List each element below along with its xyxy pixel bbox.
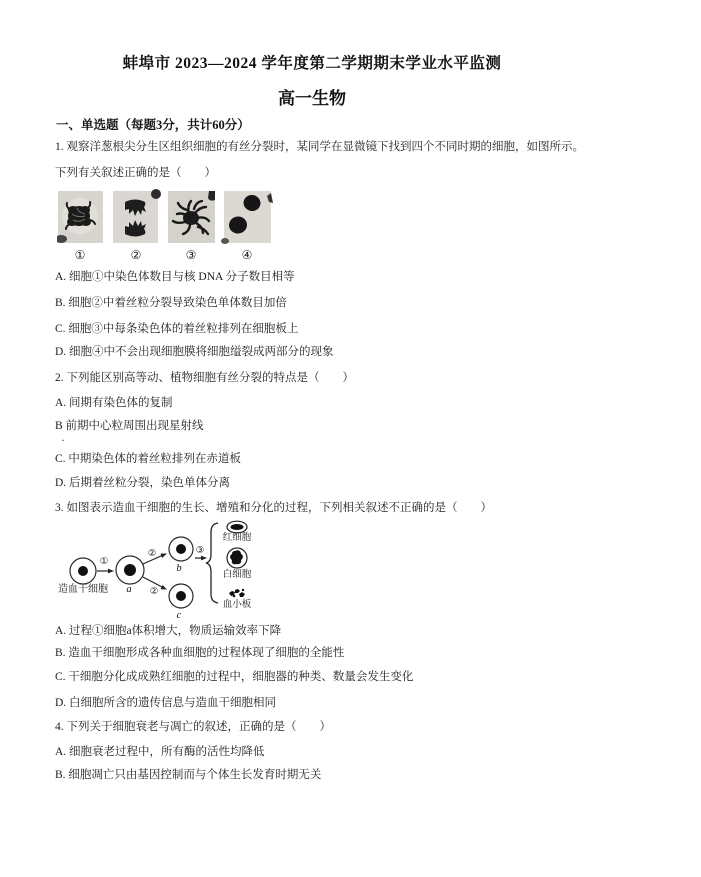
cell-a-label: a [126, 584, 131, 595]
question-3-option-d: D. 白细胞所含的遗传信息与造血干细胞相同 [55, 696, 276, 710]
process-2-lower-label: ② [150, 586, 159, 597]
question-2-option-a: A. 间期有染色体的复制 [55, 396, 173, 410]
question-3-option-b: B. 造血干细胞形成各种血细胞的过程体现了细胞的全能性 [55, 646, 344, 660]
red-blood-cell-label: 红细胞 [223, 531, 252, 543]
process-3-label: ③ [196, 545, 205, 556]
question-4-stem: 4. 下列关于细胞衰老与凋亡的叙述，正确的是（ ） [55, 720, 331, 734]
figure-label-2: ② [131, 248, 142, 262]
question-1-stem-line2: 下列有关叙述正确的是（ ） [55, 166, 216, 180]
question-2-option-d: D. 后期着丝粒分裂，染色单体分离 [55, 476, 230, 490]
question-4-option-a: A. 细胞衰老过程中，所有酶的活性均降低 [55, 745, 265, 759]
exam-subject-title: 高一生物 [0, 84, 624, 109]
question-1-option-d: D. 细胞④中不会出现细胞膜将细胞缢裂成两部分的现象 [55, 345, 334, 359]
question-3-option-a: A. 过程①细胞a体积增大，物质运输效率下降 [55, 624, 281, 638]
section-heading: 一、单选题（每题3分，共计60分） [56, 115, 250, 133]
figure-label-3: ③ [186, 248, 197, 262]
question-1-stem: 1. 观察洋葱根尖分生区组织细胞的有丝分裂时，某同学在显微镜下找到四个不同时期的… [55, 140, 584, 154]
figure-label-4: ④ [242, 248, 253, 262]
brace [206, 523, 218, 603]
mitosis-photo-2 [113, 189, 161, 243]
question-4-option-b: B. 细胞凋亡只由基因控制而与个体生长发育时期无关 [55, 768, 321, 782]
cell-b-label: b [176, 563, 181, 574]
exam-paper-page: 蚌埠市 2023—2024 学年度第二学期期末学业水平监测 高一生物 一、单选题… [0, 0, 701, 877]
platelet-shape [229, 589, 245, 598]
red-blood-cell-shape [227, 521, 247, 533]
question-3-option-c: C. 干细胞分化成成熟红细胞的过程中，细胞器的种类、数量会发生变化 [55, 670, 413, 684]
question-2-option-b: B 前期中心粒周围出现星射线 [55, 419, 204, 433]
figure-label-1: ① [75, 248, 86, 262]
stem-cell-label: 造血干细胞 [58, 582, 108, 595]
process-2-upper-label: ② [148, 548, 157, 559]
question-2-option-c: C. 中期染色体的着丝粒排列在赤道板 [55, 452, 241, 466]
page-title: 蚌埠市 2023—2024 学年度第二学期期末学业水平监测 [0, 51, 624, 73]
platelet-label: 血小板 [223, 598, 252, 610]
question-3-differentiation-diagram: ① ② ② ③ 造血干细胞 a b c 红细胞 白细胞 血小板 [55, 519, 305, 623]
white-blood-cell-shape [227, 548, 247, 568]
white-blood-cell-label: 白细胞 [223, 568, 252, 580]
cell-c-label: c [177, 610, 182, 621]
question-1-mitosis-figure: ① ② ③ ④ [57, 189, 277, 265]
question-1-option-a: A. 细胞①中染色体数目与核 DNA 分子数目相等 [55, 270, 295, 284]
mitosis-photo-4 [221, 191, 273, 244]
question-3-stem: 3. 如图表示造血干细胞的生长、增殖和分化的过程，下列相关叙述不正确的是（ ） [55, 501, 492, 515]
question-1-option-b: B. 细胞②中着丝粒分裂导致染色单体数目加倍 [55, 296, 287, 310]
mitosis-photo-3 [168, 191, 215, 243]
process-1-label: ① [100, 556, 109, 567]
question-2-stem: 2. 下列能区别高等动、植物细胞有丝分裂的特点是（ ） [55, 371, 354, 385]
mitosis-photo-1 [57, 191, 103, 243]
question-1-option-c: C. 细胞③中每条染色体的着丝粒排列在细胞板上 [55, 322, 298, 336]
stray-period-mark: · [61, 434, 65, 448]
